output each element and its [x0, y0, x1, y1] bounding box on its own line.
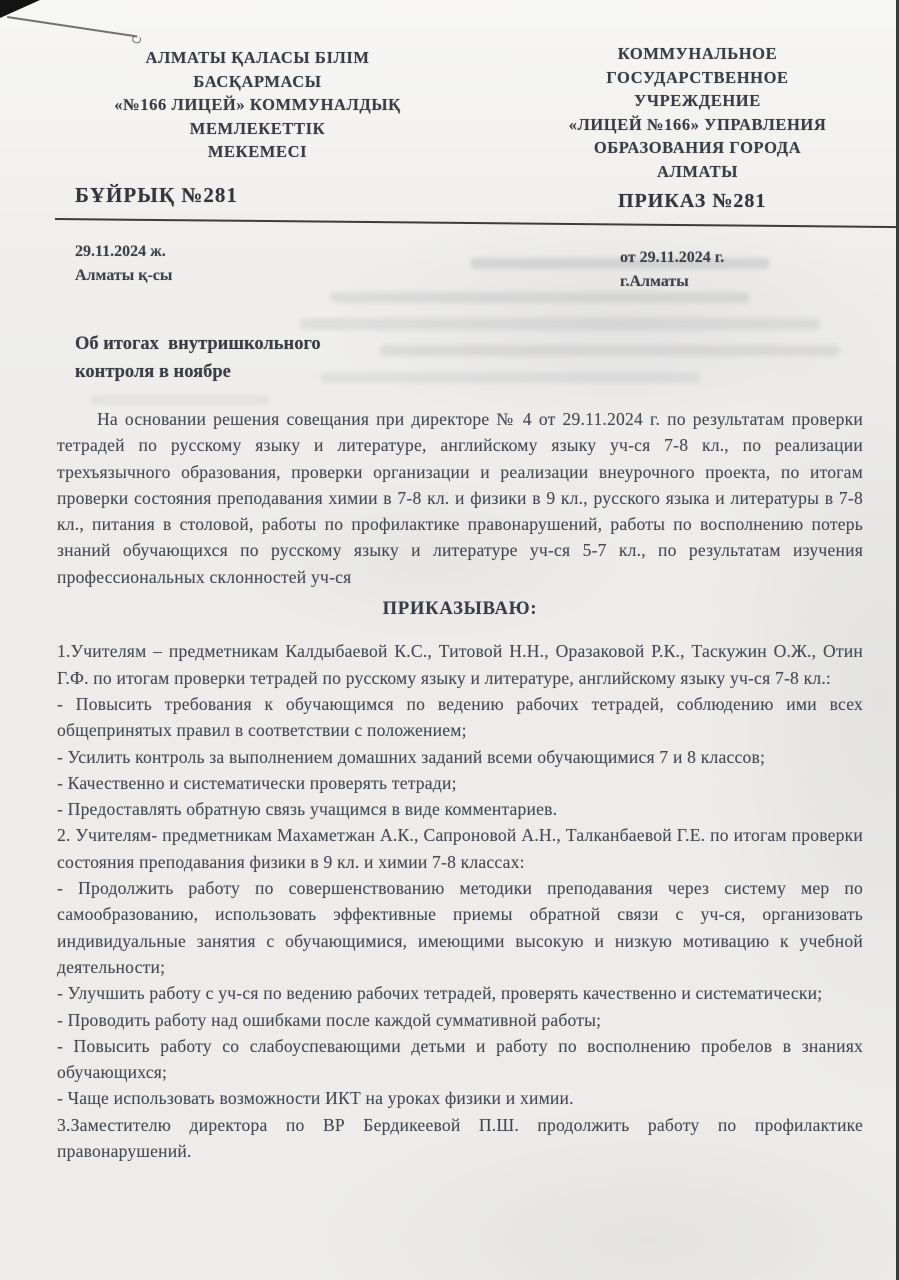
scan-corner-artifact	[0, 0, 40, 18]
header-divider	[55, 218, 899, 228]
order-item-2: 2. Учителям- предметникам Махаметжан А.К…	[57, 822, 863, 875]
order-item-2-bullet-5: - Чаще использовать возможности ИКТ на у…	[57, 1085, 863, 1111]
date-place-kazakh: 29.11.2024 ж. Алматы қ-сы	[75, 240, 172, 288]
order-item-3: 3.Заместителю директора по ВР Бердикеево…	[57, 1112, 863, 1165]
order-item-2-bullet-1: - Продолжить работу по совершенствованию…	[57, 875, 863, 980]
decree-heading: ПРИКАЗЫВАЮ:	[57, 596, 863, 622]
document-page: АЛМАТЫ ҚАЛАСЫ БІЛІМ БАСҚАРМАСЫ «№166 ЛИЦ…	[0, 0, 899, 1280]
order-item-2-bullet-4: - Повысить работу со слабоуспевающими де…	[57, 1033, 863, 1086]
intro-paragraph: На основании решения совещания при дирек…	[57, 406, 863, 590]
order-item-1-bullet-2: - Усилить контроль за выполнением домашн…	[57, 744, 863, 770]
order-item-2-bullet-2: - Улучшить работу с уч-ся по ведению раб…	[57, 980, 863, 1006]
order-item-1-bullet-3: - Качественно и систематически проверять…	[57, 770, 863, 796]
order-item-1: 1.Учителям – предметникам Калдыбаевой К.…	[57, 638, 863, 691]
order-body: На основании решения совещания при дирек…	[57, 406, 863, 1164]
order-item-2-bullet-3: - Проводить работу над ошибками после ка…	[57, 1007, 863, 1033]
scan-scratch-artifact	[7, 16, 138, 37]
bleed-through-ghost	[300, 318, 820, 330]
date-place-russian: от 29.11.2024 г. г.Алматы	[620, 246, 724, 294]
order-number-kazakh: БҰЙРЫҚ №281	[75, 183, 238, 208]
bleed-through-ghost	[320, 372, 700, 383]
bleed-through-ghost	[90, 395, 270, 405]
org-name-russian: КОММУНАЛЬНОЕ ГОСУДАРСТВЕННОЕ УЧРЕЖДЕНИЕ …	[505, 42, 890, 183]
order-number-russian: ПРИКАЗ №281	[618, 190, 766, 213]
order-item-1-bullet-4: - Предоставлять обратную связь учащимся …	[57, 796, 863, 822]
subject-title: Об итогах внутришкольного контроля в ноя…	[75, 330, 321, 386]
order-item-1-bullet-1: - Повысить требования к обучающимся по в…	[57, 691, 863, 744]
org-name-kazakh: АЛМАТЫ ҚАЛАСЫ БІЛІМ БАСҚАРМАСЫ «№166 ЛИЦ…	[80, 46, 435, 164]
bleed-through-ghost	[380, 345, 840, 356]
